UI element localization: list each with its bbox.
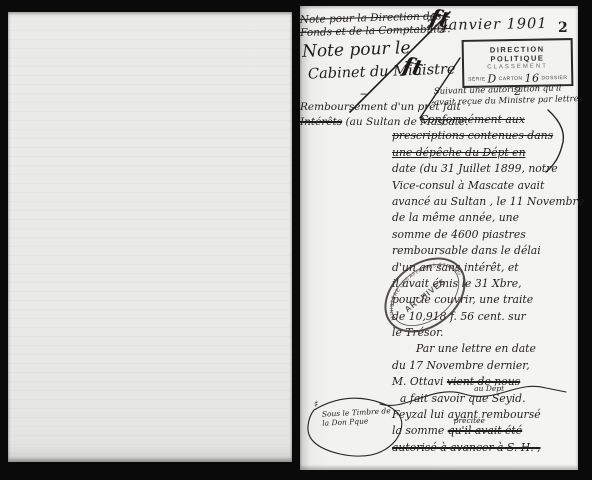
insertion-reference-mark: ♯ (314, 400, 318, 410)
stamp-carton-value: 16 (524, 72, 539, 85)
bottom-annotation-text: Sous le Timbre de la Don Pque (322, 406, 392, 428)
stamp-classement: CLASSEMENT (464, 63, 571, 71)
note-title-line1: Note pour le (302, 38, 411, 62)
stamp-direction-politique: DIRECTION POLITIQUE (464, 44, 571, 64)
body-line: Feyzal lui ayant remboursé (392, 408, 584, 424)
body-line: avancé au Sultan , le 11 Novembre (392, 195, 584, 211)
body-line: il avait émis le 31 Xbre, (392, 277, 584, 293)
stamp-carton-label: CARTON (499, 76, 523, 82)
body-line: Vice-consul à Mascate avait (392, 179, 584, 195)
margin-struck-word: Intérêts (300, 116, 342, 128)
body-line: Par une lettre en date (392, 342, 584, 358)
body-struck-line: prescriptions contenues dans (392, 129, 584, 145)
margin-subject-line1: Remboursement d'un prêt fait (300, 101, 461, 113)
left-blank-page (8, 12, 292, 462)
body-line: de la même année, une (392, 211, 584, 227)
body-line: d'un an sans intérêt, et (392, 261, 584, 277)
title-divider-dash: – (360, 86, 367, 102)
classement-stamp: DIRECTION POLITIQUE CLASSEMENT SÉRIE D C… (462, 38, 574, 88)
body-line: date (du 31 Juillet 1899, notre (392, 162, 584, 178)
manuscript-body: Conformément aux prescriptions contenues… (392, 113, 584, 457)
body-line: somme de 4600 piastres (392, 228, 584, 244)
body-line: de 10,918 f. 56 cent. sur (392, 310, 584, 326)
document-date: 7 Janvier 1901 (426, 16, 548, 34)
stamp-dossier-label: DOSSIER (541, 75, 567, 81)
body-line: remboursable dans le délai (392, 244, 584, 260)
body-struck-underlined-line: une dépêche du Dépt en (392, 146, 584, 162)
inserted-word: précitée (454, 416, 485, 425)
body-line: pour le couvrir, une traite (392, 293, 584, 309)
body-struck-text: qu'il avait été (448, 424, 523, 437)
body-line-with-insert: a fait savoir au Déptque Seyid. (392, 392, 584, 408)
body-struck-line: autorisé à avancer à S. H. , (392, 441, 584, 457)
inserted-word: au Dépt (474, 384, 504, 393)
body-text: M. Ottavi (392, 375, 447, 388)
scanned-document-photo: { "colors": { "background": "#0a0a0a", "… (0, 0, 592, 480)
note-title-line2: Cabinet du Ministre (308, 61, 456, 82)
body-struck-line: Conformément aux (392, 113, 584, 129)
stamp-serie-label: SÉRIE (468, 76, 486, 82)
bottom-margin-annotation: ♯ Sous le Timbre de la Don Pque (300, 388, 416, 466)
folio-number: 2 (558, 20, 568, 36)
body-text: que Seyid. (468, 392, 525, 405)
body-line: du 17 Novembre dernier, (392, 359, 584, 375)
right-manuscript-page: Note pour la Direction des Fonds et de l… (300, 6, 578, 470)
stamp-serie-value: D (487, 72, 497, 85)
body-line: le Trésor. (392, 326, 584, 342)
body-line-with-insert-struck: la somme précitéequ'il avait été (392, 424, 584, 440)
